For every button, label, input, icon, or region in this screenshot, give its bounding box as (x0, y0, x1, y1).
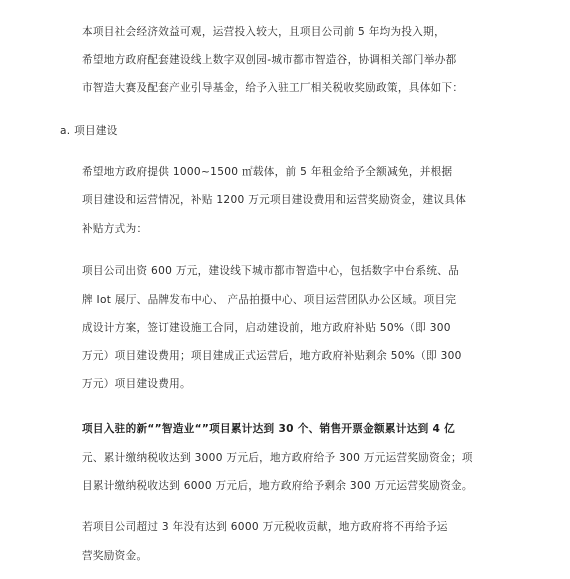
text-line: 本项目社会经济效益可观，运营投入较大，且项目公司前 5 年均为投入期， (82, 25, 445, 39)
text-line: 元、累计缴纳税收达到 3000 万元后，地方政府给予 300 万元运营奖励资金；… (82, 451, 473, 465)
text-line: 补贴方式为： (82, 222, 147, 236)
text-line: 成设计方案，签订建设施工合同，启动建设前，地方政府补贴 50%（即 300 (82, 321, 451, 335)
text-line: 市智造大赛及配套产业引导基金，给予入驻工厂相关税收奖励政策，具体如下： (82, 81, 463, 95)
text-line: 若项目公司超过 3 年没有达到 6000 万元税收贡献，地方政府将不再给予运 (82, 520, 448, 534)
text-line-bold: 项目入驻的新“”智造业“”项目累计达到 30 个、销售开票金额累计达到 4 亿 (82, 422, 455, 436)
text-line: 万元）项目建设费用；项目建成正式运营后，地方政府补贴剩余 50%（即 300 (82, 349, 462, 363)
text-line: 项目建设和运营情况，补贴 1200 万元项目建设费用和运营奖励资金，建议具体 (82, 193, 466, 207)
section-heading: a. 项目建设 (60, 124, 118, 138)
text-line: 项目公司出资 600 万元，建设线下城市都市智造中心，包括数字中台系统、品 (82, 264, 459, 278)
text-line: 希望地方政府配套建设线上数字双创园-城市都市智造谷，协调相关部门举办都 (82, 53, 457, 67)
text-line: 牌 Iot 展厅、品牌发布中心、 产品拍摄中心、项目运营团队办公区域。项目完 (82, 293, 456, 307)
text-line: 万元）项目建设费用。 (82, 377, 191, 391)
text-line: 营奖励资金。 (82, 549, 147, 563)
text-line: 希望地方政府提供 1000~1500 ㎡载体，前 5 年租金给予全额减免，并根据 (82, 165, 452, 179)
text-line: 目累计缴纳税收达到 6000 万元后，地方政府给予剩余 300 万元运营奖励资金… (82, 479, 473, 493)
